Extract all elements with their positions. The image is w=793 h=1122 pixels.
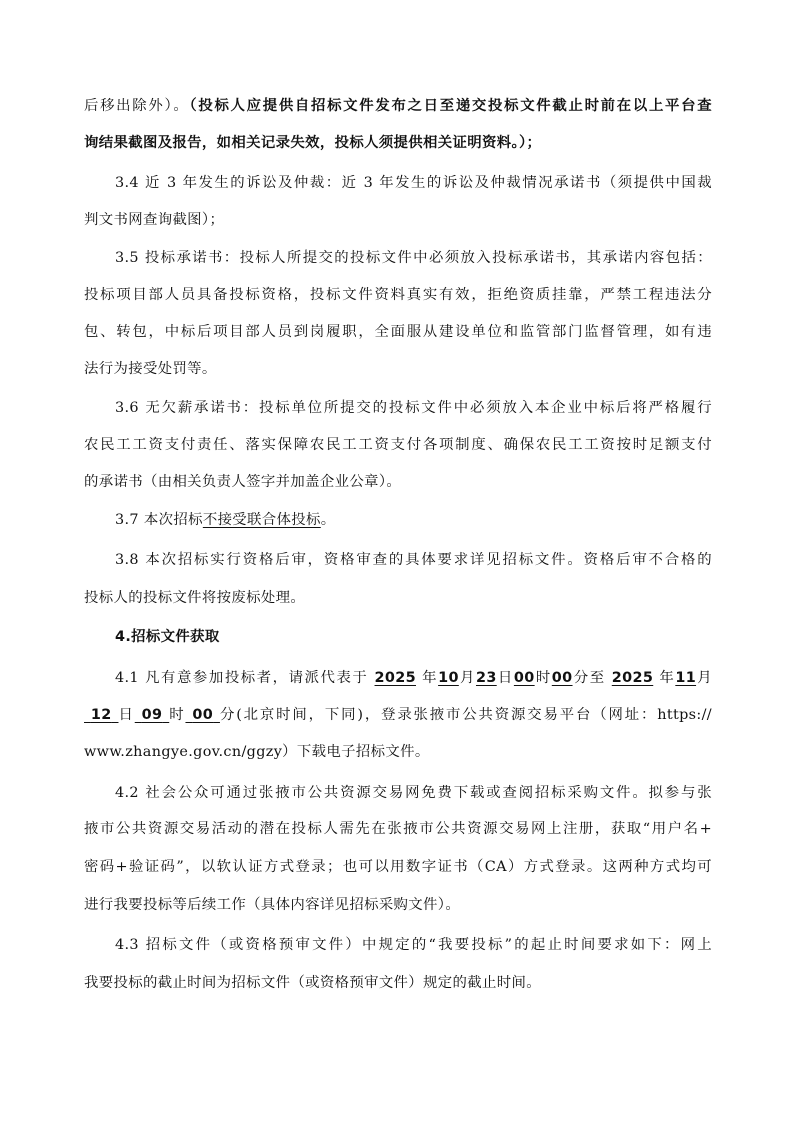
clause-3-5-line-3: 包、转包，中标后项目部人员到岗履职，全面服从建设单位和监管部门监督管理，如有违 xyxy=(84,322,712,342)
end-day: 12 xyxy=(84,707,118,723)
label-month-2: 月 xyxy=(696,670,712,686)
clause-3-5-line-4: 法行为接受处罚等。 xyxy=(84,359,712,379)
end-minute-value: 00 xyxy=(192,707,213,723)
paragraph-continuation-line-1: 后移出除外）。（投标人应提供自招标文件发布之日至递交投标文件截止时前在以上平台查 xyxy=(84,96,712,116)
clause-4-1-line-1: 4.1 凡有意参加投标者，请派代表于 2025 年10月23日00时00分至 2… xyxy=(115,668,712,688)
start-year: 2025 xyxy=(375,670,416,686)
document-page: 后移出除外）。（投标人应提供自招标文件发布之日至递交投标文件截止时前在以上平台查… xyxy=(0,0,793,1122)
clause-4-2-line-2: 掖市公共资源交易活动的潜在投标人需先在张掖市公共资源交易网上注册，获取“用户名+ xyxy=(84,819,712,839)
clause-3-7-prefix: 3.7 本次招标 xyxy=(115,512,203,528)
clause-3-7: 3.7 本次招标不接受联合体投标。 xyxy=(115,510,712,530)
clause-4-2-line-4: 进行我要投标等后续工作（具体内容详见招标采购文件）。 xyxy=(84,895,712,915)
label-hour: 时 xyxy=(535,670,552,686)
start-hour: 00 xyxy=(514,670,535,686)
paragraph-continuation-line-2: 询结果截图及报告，如相关记录失效，投标人须提供相关证明资料。）； xyxy=(84,133,712,153)
clause-4-3-line-1: 4.3 招标文件（或资格预审文件）中规定的“我要投标”的起止时间要求如下：网上 xyxy=(115,935,712,955)
end-month: 11 xyxy=(675,670,696,686)
clause-4-3-line-2: 我要投标的截止时间为招标文件（或资格预审文件）规定的截止时间。 xyxy=(84,973,712,993)
clause-3-6-line-2: 农民工工资支付责任、落实保障农民工工资支付各项制度、确保农民工工资按时足额支付 xyxy=(84,435,712,455)
label-minute-to: 分至 xyxy=(573,670,612,686)
clause-3-5-line-2: 投标项目部人员具备投标资格，投标文件资料真实有效，拒绝资质挂靠，严禁工程违法分 xyxy=(84,285,712,305)
start-day: 23 xyxy=(476,670,497,686)
text-bold-notice: （投标人应提供自招标文件发布之日至递交投标文件截止时前在以上平台查 xyxy=(189,98,712,114)
end-hour: 09 xyxy=(135,707,169,723)
end-year: 2025 xyxy=(612,670,653,686)
clause-3-4-line-2: 判文书网查询截图）； xyxy=(84,210,712,230)
end-hour-value: 09 xyxy=(142,707,163,723)
label-year: 年 xyxy=(416,670,438,686)
clause-3-7-suffix: 。 xyxy=(321,512,336,528)
label-day: 日 xyxy=(497,670,514,686)
label-month: 月 xyxy=(459,670,476,686)
clause-4-1-line-3: www.zhangye.gov.cn/ggzy）下载电子招标文件。 xyxy=(84,742,712,762)
clause-3-8-line-1: 3.8 本次招标实行资格后审，资格审查的具体要求详见招标文件。资格后审不合格的 xyxy=(115,550,712,570)
clause-3-4-line-1: 3.4 近 3 年发生的诉讼及仲裁：近 3 年发生的诉讼及仲裁情况承诺书（须提供… xyxy=(115,173,712,193)
start-month: 10 xyxy=(438,670,459,686)
label-hour-2: 时 xyxy=(169,707,185,723)
clause-3-8-line-2: 投标人的投标文件将按废标处理。 xyxy=(84,588,712,608)
end-day-value: 12 xyxy=(91,707,112,723)
text-normal: 后移出除外）。 xyxy=(84,98,189,114)
clause-3-6-line-1: 3.6 无欠薪承诺书：投标单位所提交的投标文件中必须放入本企业中标后将严格履行 xyxy=(115,398,712,418)
clause-3-5-line-1: 3.5 投标承诺书：投标人所提交的投标文件中必须放入投标承诺书，其承诺内容包括： xyxy=(115,248,712,268)
clause-4-1-line-2-suffix: 分(北京时间，下同)，登录张掖市公共资源交易平台（网址：https:// xyxy=(220,707,712,723)
section-4-heading: 4.招标文件获取 xyxy=(115,627,712,647)
clause-4-1-prefix: 4.1 凡有意参加投标者，请派代表于 xyxy=(115,670,375,686)
end-minute: 00 xyxy=(185,707,219,723)
clause-4-1-line-2: 12 日 09 时 00 分(北京时间，下同)，登录张掖市公共资源交易平台（网址… xyxy=(84,705,712,725)
clause-3-6-line-3: 的承诺书（由相关负责人签字并加盖企业公章）。 xyxy=(84,472,712,492)
clause-4-2-line-3: 密码+验证码”，以软认证方式登录；也可以用数字证书（CA）方式登录。这两种方式均… xyxy=(84,857,712,877)
label-year-2: 年 xyxy=(653,670,675,686)
start-minute: 00 xyxy=(552,670,573,686)
label-day-2: 日 xyxy=(118,707,134,723)
clause-4-2-line-1: 4.2 社会公众可通过张掖市公共资源交易网免费下载或查阅招标采购文件。拟参与张 xyxy=(115,783,712,803)
no-consortium-underlined: 不接受联合体投标 xyxy=(203,512,321,528)
